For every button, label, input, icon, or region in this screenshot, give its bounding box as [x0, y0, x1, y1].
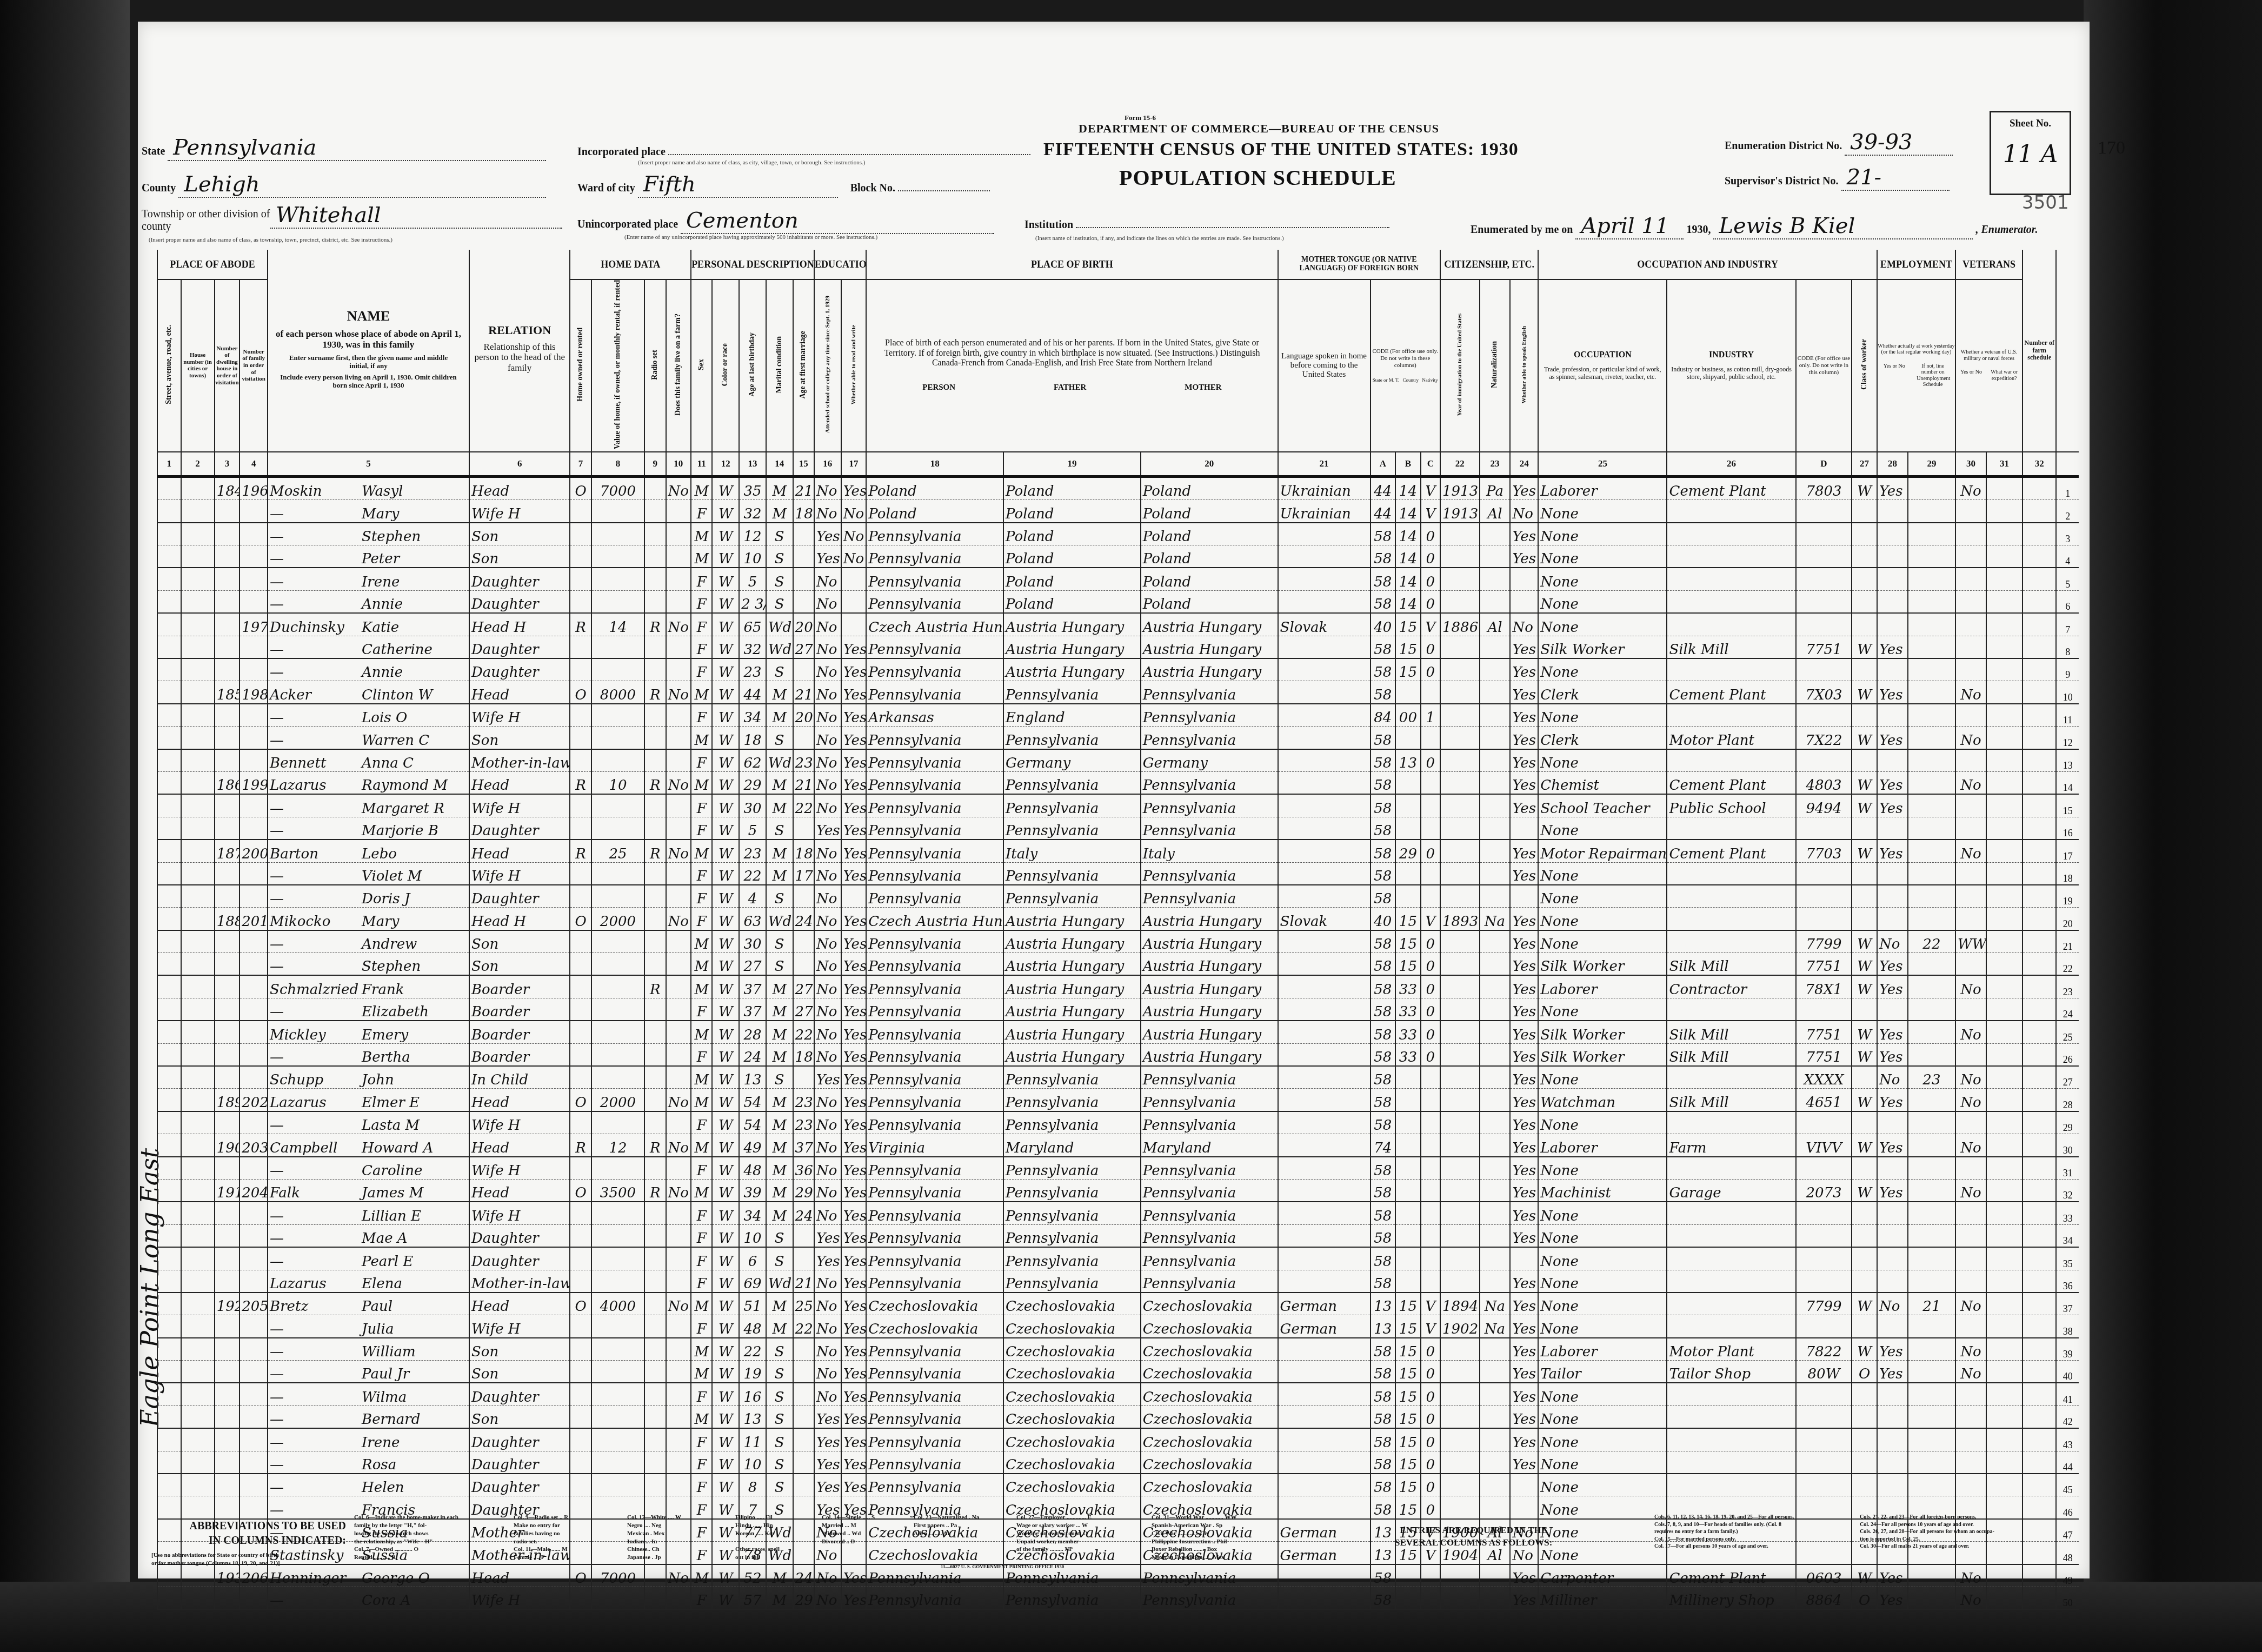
- cell-farm: No: [666, 908, 691, 930]
- cell-code-d: [1796, 817, 1852, 840]
- cell-dwelling: [215, 1270, 240, 1293]
- cell-occupation: None: [1538, 613, 1667, 636]
- cell-employed: No: [1877, 1066, 1908, 1089]
- cell-unemp-line: [1908, 1179, 1955, 1202]
- cell-tongue: [1278, 590, 1370, 613]
- cell-farm: [666, 590, 691, 613]
- cell-industry: [1667, 1224, 1795, 1247]
- cell-color: W: [712, 1338, 739, 1361]
- column-number: 12: [712, 452, 739, 477]
- cell-code-d: 7799: [1796, 1293, 1852, 1315]
- cell-english: Yes: [1510, 704, 1538, 727]
- cell-dwelling: [215, 817, 240, 840]
- cell-value: [591, 1474, 644, 1496]
- cell-english: Yes: [1510, 975, 1538, 998]
- cell-war: [1986, 727, 2023, 749]
- cell-tongue: [1278, 1247, 1370, 1270]
- person-name-cell: MickleyEmery: [268, 1021, 469, 1043]
- cell-english: Yes: [1510, 1179, 1538, 1202]
- column-group-header-row: PLACE OF ABODE NAME of each person whose…: [157, 250, 2079, 279]
- cell-family: [239, 1383, 268, 1405]
- cell-color: W: [712, 636, 739, 658]
- cell-marital: S: [766, 953, 793, 976]
- cell-code-b: [1395, 1111, 1421, 1134]
- cell-radio: [644, 704, 666, 727]
- state-value: Pennsylvania: [168, 135, 546, 161]
- cell-code-d: [1796, 658, 1852, 681]
- cell-industry: Cement Plant: [1667, 771, 1795, 794]
- cell-code-c: [1421, 885, 1440, 908]
- cell-naturalization: [1480, 523, 1511, 545]
- cell-code-d: 7751: [1796, 1043, 1852, 1066]
- cell-tongue: [1278, 1043, 1370, 1066]
- cell-color: W: [712, 590, 739, 613]
- cell-code-a: 58: [1370, 1474, 1396, 1496]
- cell-read: [841, 568, 867, 590]
- cell-farm-sched: [2023, 500, 2056, 523]
- cell-relation: Daughter: [469, 1428, 570, 1451]
- cell-father-birth: Pennsylvania: [1003, 1066, 1141, 1089]
- cell-line: 5: [2056, 568, 2079, 590]
- cell-code-d: 8864: [1796, 1587, 1852, 1610]
- cell-birth: Czechoslovakia: [866, 1315, 1003, 1338]
- cell-immigration: [1440, 727, 1480, 749]
- cell-dwelling: 188: [215, 908, 240, 930]
- cell-marital: M: [766, 1202, 793, 1224]
- cell-code-d: [1796, 998, 1852, 1021]
- cell-family: 202: [239, 1089, 268, 1111]
- person-name-cell: FalkJames M: [268, 1179, 469, 1202]
- cell-code-b: 15: [1395, 953, 1421, 976]
- cell-tongue: [1278, 1134, 1370, 1157]
- column-number: 10: [666, 452, 691, 477]
- cell-naturalization: [1480, 1338, 1511, 1361]
- cell-immigration: [1440, 545, 1480, 568]
- cell-employed: [1877, 1474, 1908, 1496]
- cell-father-birth: Austria Hungary: [1003, 975, 1141, 998]
- cell-sex: M: [691, 1361, 712, 1383]
- cell-house: [181, 1202, 215, 1224]
- cell-owned: [570, 975, 591, 998]
- cell-war: [1986, 953, 2023, 976]
- cell-code-a: 58: [1370, 727, 1396, 749]
- cell-immigration: [1440, 1474, 1480, 1496]
- cell-code-a: 58: [1370, 885, 1396, 908]
- surname: —: [270, 1457, 362, 1473]
- cell-code-b: [1395, 1587, 1421, 1610]
- cell-naturalization: [1480, 1247, 1511, 1270]
- surname: Bennett: [270, 755, 362, 771]
- cell-mother-birth: Austria Hungary: [1141, 613, 1278, 636]
- column-number: B: [1395, 452, 1421, 477]
- cell-unemp-line: [1908, 636, 1955, 658]
- cell-immigration: [1440, 590, 1480, 613]
- cell-age: 54: [739, 1089, 766, 1111]
- cell-house: [181, 704, 215, 727]
- cell-code-c: 0: [1421, 1338, 1440, 1361]
- cell-code-a: 58: [1370, 975, 1396, 998]
- cell-class: [1852, 998, 1877, 1021]
- cell-birth: Pennsylvania: [866, 658, 1003, 681]
- cell-occupation: None: [1538, 1202, 1667, 1224]
- cell-marital: S: [766, 1428, 793, 1451]
- cell-occupation: Laborer: [1538, 1134, 1667, 1157]
- cell-read: Yes: [841, 953, 867, 976]
- cell-family: [239, 862, 268, 885]
- cell-employed: Yes: [1877, 1043, 1908, 1066]
- cell-school: No: [814, 1179, 841, 1202]
- cell-read: Yes: [841, 1134, 867, 1157]
- cell-house: [181, 1021, 215, 1043]
- cell-relation: Son: [469, 930, 570, 953]
- cell-age: 10: [739, 1451, 766, 1474]
- cell-code-a: 58: [1370, 523, 1396, 545]
- cell-code-b: [1395, 1270, 1421, 1293]
- cell-unemp-line: [1908, 1270, 1955, 1293]
- cell-street: [157, 500, 181, 523]
- cell-english: [1510, 1247, 1538, 1270]
- cell-street: [157, 1451, 181, 1474]
- cell-radio: R: [644, 1179, 666, 1202]
- cell-radio: [644, 1270, 666, 1293]
- cell-class: W: [1852, 930, 1877, 953]
- cell-dwelling: [215, 500, 240, 523]
- cell-radio: [644, 1293, 666, 1315]
- cell-family: [239, 1361, 268, 1383]
- cell-code-c: [1421, 1111, 1440, 1134]
- cell-veteran: [1955, 1247, 1986, 1270]
- cell-value: [591, 794, 644, 817]
- cell-owned: R: [570, 840, 591, 862]
- cell-marital: M: [766, 500, 793, 523]
- cell-occupation: None: [1538, 908, 1667, 930]
- surname: —: [270, 1117, 362, 1134]
- cell-radio: R: [644, 771, 666, 794]
- cell-radio: [644, 749, 666, 772]
- cell-dwelling: 190: [215, 1134, 240, 1157]
- cell-owned: O: [570, 476, 591, 499]
- cell-industry: Garage: [1667, 1179, 1795, 1202]
- cell-unemp-line: [1908, 1111, 1955, 1134]
- person-name-cell: —Elizabeth: [268, 998, 469, 1021]
- cell-code-b: 13: [1395, 749, 1421, 772]
- cell-line: 4: [2056, 545, 2079, 568]
- cell-age: 19: [739, 1361, 766, 1383]
- cell-war: [1986, 794, 2023, 817]
- column-number: 20: [1141, 452, 1278, 477]
- cell-unemp-line: [1908, 1383, 1955, 1405]
- cell-farm-sched: [2023, 794, 2056, 817]
- table-row: —JuliaWife HFW48M22NoYesCzechoslovakiaCz…: [157, 1315, 2079, 1338]
- birth-instructions: Place of birth of each person enumerated…: [866, 279, 1278, 452]
- cell-farm-sched: [2023, 1157, 2056, 1180]
- cell-relation: Wife H: [469, 1157, 570, 1180]
- cell-street: [157, 908, 181, 930]
- cell-tongue: [1278, 817, 1370, 840]
- cell-family: [239, 998, 268, 1021]
- cell-dwelling: [215, 998, 240, 1021]
- cell-street: [157, 794, 181, 817]
- cell-read: [841, 590, 867, 613]
- cell-age: 57: [739, 1587, 766, 1610]
- table-row: 197DuchinskyKatieHead HR14RNoFW65Wd20NoC…: [157, 613, 2079, 636]
- cell-street: [157, 681, 181, 704]
- cell-code-a: 40: [1370, 613, 1396, 636]
- cell-birth: Pennsylvania: [866, 749, 1003, 772]
- cell-sex: M: [691, 840, 712, 862]
- cell-read: Yes: [841, 1405, 867, 1428]
- cell-code-b: 15: [1395, 1383, 1421, 1405]
- cell-family: [239, 1043, 268, 1066]
- cell-dwelling: [215, 794, 240, 817]
- cell-farm-sched: [2023, 885, 2056, 908]
- cell-house: [181, 476, 215, 499]
- cell-code-a: 58: [1370, 681, 1396, 704]
- cell-birth: Pennsylvania: [866, 953, 1003, 976]
- cell-code-a: 84: [1370, 704, 1396, 727]
- cell-age-marriage: 27: [793, 636, 814, 658]
- surname: —: [270, 1389, 362, 1405]
- cell-immigration: [1440, 862, 1480, 885]
- cell-radio: [644, 636, 666, 658]
- surname: Schupp: [270, 1072, 362, 1088]
- cell-school: No: [814, 1383, 841, 1405]
- cell-code-d: [1796, 704, 1852, 727]
- cell-age-marriage: 20: [793, 613, 814, 636]
- cell-birth: Pennsylvania: [866, 1043, 1003, 1066]
- cell-code-c: [1421, 1202, 1440, 1224]
- column-number: 11: [691, 452, 712, 477]
- cell-family: [239, 1405, 268, 1428]
- cell-tongue: [1278, 1383, 1370, 1405]
- cell-birth: Poland: [866, 476, 1003, 499]
- cell-code-d: 7751: [1796, 1021, 1852, 1043]
- cell-value: 10: [591, 771, 644, 794]
- surname: Duchinsky: [270, 619, 362, 636]
- cell-sex: M: [691, 771, 712, 794]
- cell-dwelling: [215, 523, 240, 545]
- cell-naturalization: [1480, 930, 1511, 953]
- cell-code-a: 44: [1370, 476, 1396, 499]
- cell-veteran: [1955, 1224, 1986, 1247]
- cell-code-a: 40: [1370, 908, 1396, 930]
- cell-age: 2 3/12: [739, 590, 766, 613]
- cell-street: [157, 1383, 181, 1405]
- table-row: —RosaDaughterFW10SYesYesPennsylvaniaCzec…: [157, 1451, 2079, 1474]
- cell-class: W: [1852, 1293, 1877, 1315]
- cell-family: [239, 1066, 268, 1089]
- cell-color: W: [712, 1451, 739, 1474]
- cell-color: W: [712, 1383, 739, 1405]
- cell-age: 23: [739, 658, 766, 681]
- cell-house: [181, 930, 215, 953]
- surname: —: [270, 1254, 362, 1270]
- cell-employed: [1877, 590, 1908, 613]
- table-row: —Warren CSonMW18SNoYesPennsylvaniaPennsy…: [157, 727, 2079, 749]
- cell-occupation: Silk Worker: [1538, 636, 1667, 658]
- cell-unemp-line: [1908, 523, 1955, 545]
- cell-sex: M: [691, 1066, 712, 1089]
- cell-occupation: Motor Repairman: [1538, 840, 1667, 862]
- cell-school: No: [814, 885, 841, 908]
- cell-tongue: [1278, 749, 1370, 772]
- cell-veteran: No: [1955, 975, 1986, 998]
- cell-occupation: None: [1538, 1224, 1667, 1247]
- cell-immigration: [1440, 794, 1480, 817]
- given-name: Raymond M: [362, 777, 448, 794]
- cell-farm-sched: [2023, 1021, 2056, 1043]
- cell-relation: Head: [469, 840, 570, 862]
- cell-street: [157, 1315, 181, 1338]
- cell-value: [591, 749, 644, 772]
- cell-relation: Boarder: [469, 1043, 570, 1066]
- cell-employed: Yes: [1877, 636, 1908, 658]
- cell-farm-sched: [2023, 771, 2056, 794]
- cell-veteran: No: [1955, 771, 1986, 794]
- cell-value: [591, 1224, 644, 1247]
- cell-english: Yes: [1510, 1043, 1538, 1066]
- cell-sex: F: [691, 1428, 712, 1451]
- cell-read: [841, 885, 867, 908]
- cell-age: 18: [739, 727, 766, 749]
- cell-sex: F: [691, 590, 712, 613]
- cell-family: [239, 1338, 268, 1361]
- cell-naturalization: [1480, 1405, 1511, 1428]
- cell-mother-birth: Czechoslovakia: [1141, 1293, 1278, 1315]
- cell-mother-birth: Italy: [1141, 840, 1278, 862]
- cell-immigration: [1440, 636, 1480, 658]
- cell-marital: S: [766, 590, 793, 613]
- cell-value: 8000: [591, 681, 644, 704]
- cell-naturalization: [1480, 1043, 1511, 1066]
- cell-house: [181, 908, 215, 930]
- cell-code-b: 15: [1395, 613, 1421, 636]
- person-name-cell: —Andrew: [268, 930, 469, 953]
- given-name: John: [362, 1072, 394, 1088]
- person-name-cell: —Bernard: [268, 1405, 469, 1428]
- cell-line: 33: [2056, 1202, 2079, 1224]
- table-row: 192205BretzPaulHeadO4000NoMW51M25NoYesCz…: [157, 1293, 2079, 1315]
- cell-employed: [1877, 1157, 1908, 1180]
- cell-code-d: [1796, 1202, 1852, 1224]
- person-name-cell: —Irene: [268, 1428, 469, 1451]
- cell-line: 22: [2056, 953, 2079, 976]
- table-row: 189202LazarusElmer EHeadO2000NoMW54M23No…: [157, 1089, 2079, 1111]
- cell-age: 32: [739, 500, 766, 523]
- cell-industry: Farm: [1667, 1134, 1795, 1157]
- cell-war: [1986, 590, 2023, 613]
- cell-code-c: 1: [1421, 704, 1440, 727]
- cell-sex: F: [691, 1111, 712, 1134]
- table-row: —Margaret RWife HFW30M22NoYesPennsylvani…: [157, 794, 2079, 817]
- cell-code-b: 15: [1395, 1338, 1421, 1361]
- cell-dwelling: 192: [215, 1293, 240, 1315]
- cell-line: 31: [2056, 1157, 2079, 1180]
- cell-radio: [644, 1474, 666, 1496]
- cell-code-a: 58: [1370, 658, 1396, 681]
- cell-radio: [644, 794, 666, 817]
- person-name-cell: SchuppJohn: [268, 1066, 469, 1089]
- cell-father-birth: Germany: [1003, 749, 1141, 772]
- cell-value: [591, 1270, 644, 1293]
- cell-street: [157, 1405, 181, 1428]
- cell-employed: No: [1877, 1293, 1908, 1315]
- cell-age: 5: [739, 568, 766, 590]
- cell-read: [841, 613, 867, 636]
- cell-relation: Son: [469, 1338, 570, 1361]
- cell-war: [1986, 681, 2023, 704]
- group-place-of-birth: PLACE OF BIRTH: [866, 250, 1278, 279]
- cell-value: [591, 636, 644, 658]
- cell-code-b: 33: [1395, 998, 1421, 1021]
- table-row: —PeterSonMW10SYesNoPennsylvaniaPolandPol…: [157, 545, 2079, 568]
- cell-naturalization: Na: [1480, 1293, 1511, 1315]
- cell-color: W: [712, 908, 739, 930]
- cell-owned: R: [570, 1134, 591, 1157]
- cell-code-a: 74: [1370, 1134, 1396, 1157]
- table-row: 184196MoskinWasylHeadO7000NoMW35M21NoYes…: [157, 476, 2079, 499]
- surname: Schmalzried: [270, 982, 362, 998]
- township-note: (Insert proper name and also name of cla…: [149, 237, 392, 243]
- cell-house: [181, 727, 215, 749]
- cell-code-c: 0: [1421, 1361, 1440, 1383]
- cell-naturalization: [1480, 681, 1511, 704]
- cell-class: O: [1852, 1361, 1877, 1383]
- cell-veteran: No: [1955, 840, 1986, 862]
- department-title: DEPARTMENT OF COMMERCE—BUREAU OF THE CEN…: [1079, 122, 1439, 136]
- surname: —: [270, 1163, 362, 1179]
- cell-house: [181, 568, 215, 590]
- cell-english: Yes: [1510, 1157, 1538, 1180]
- given-name: Stephen: [362, 529, 421, 545]
- cell-family: [239, 1224, 268, 1247]
- cell-sex: M: [691, 681, 712, 704]
- cell-radio: R: [644, 1134, 666, 1157]
- cell-street: [157, 953, 181, 976]
- cell-occupation: None: [1538, 1111, 1667, 1134]
- cell-code-a: 58: [1370, 1157, 1396, 1180]
- column-number: [2056, 452, 2079, 477]
- cell-occupation: None: [1538, 1315, 1667, 1338]
- cell-age-marriage: 24: [793, 908, 814, 930]
- cell-unemp-line: [1908, 975, 1955, 998]
- cell-code-c: [1421, 1224, 1440, 1247]
- cell-radio: R: [644, 681, 666, 704]
- cell-age-marriage: [793, 523, 814, 545]
- cell-dwelling: [215, 1157, 240, 1180]
- cell-farm: [666, 1428, 691, 1451]
- cell-mother-birth: Austria Hungary: [1141, 975, 1278, 998]
- cell-mother-birth: Czechoslovakia: [1141, 1361, 1278, 1383]
- cell-family: [239, 523, 268, 545]
- cell-color: W: [712, 1157, 739, 1180]
- cell-color: W: [712, 500, 739, 523]
- cell-farm: [666, 500, 691, 523]
- cell-tongue: [1278, 1202, 1370, 1224]
- cell-code-c: V: [1421, 1293, 1440, 1315]
- cell-birth: Pennsylvania: [866, 1111, 1003, 1134]
- cell-english: Yes: [1510, 1021, 1538, 1043]
- surname: —: [270, 1049, 362, 1065]
- cell-street: [157, 749, 181, 772]
- cell-family: 198: [239, 681, 268, 704]
- cell-read: Yes: [841, 1043, 867, 1066]
- cell-radio: [644, 476, 666, 499]
- cell-industry: [1667, 1451, 1795, 1474]
- cell-unemp-line: [1908, 1405, 1955, 1428]
- cell-read: Yes: [841, 1428, 867, 1451]
- surname: —: [270, 732, 362, 749]
